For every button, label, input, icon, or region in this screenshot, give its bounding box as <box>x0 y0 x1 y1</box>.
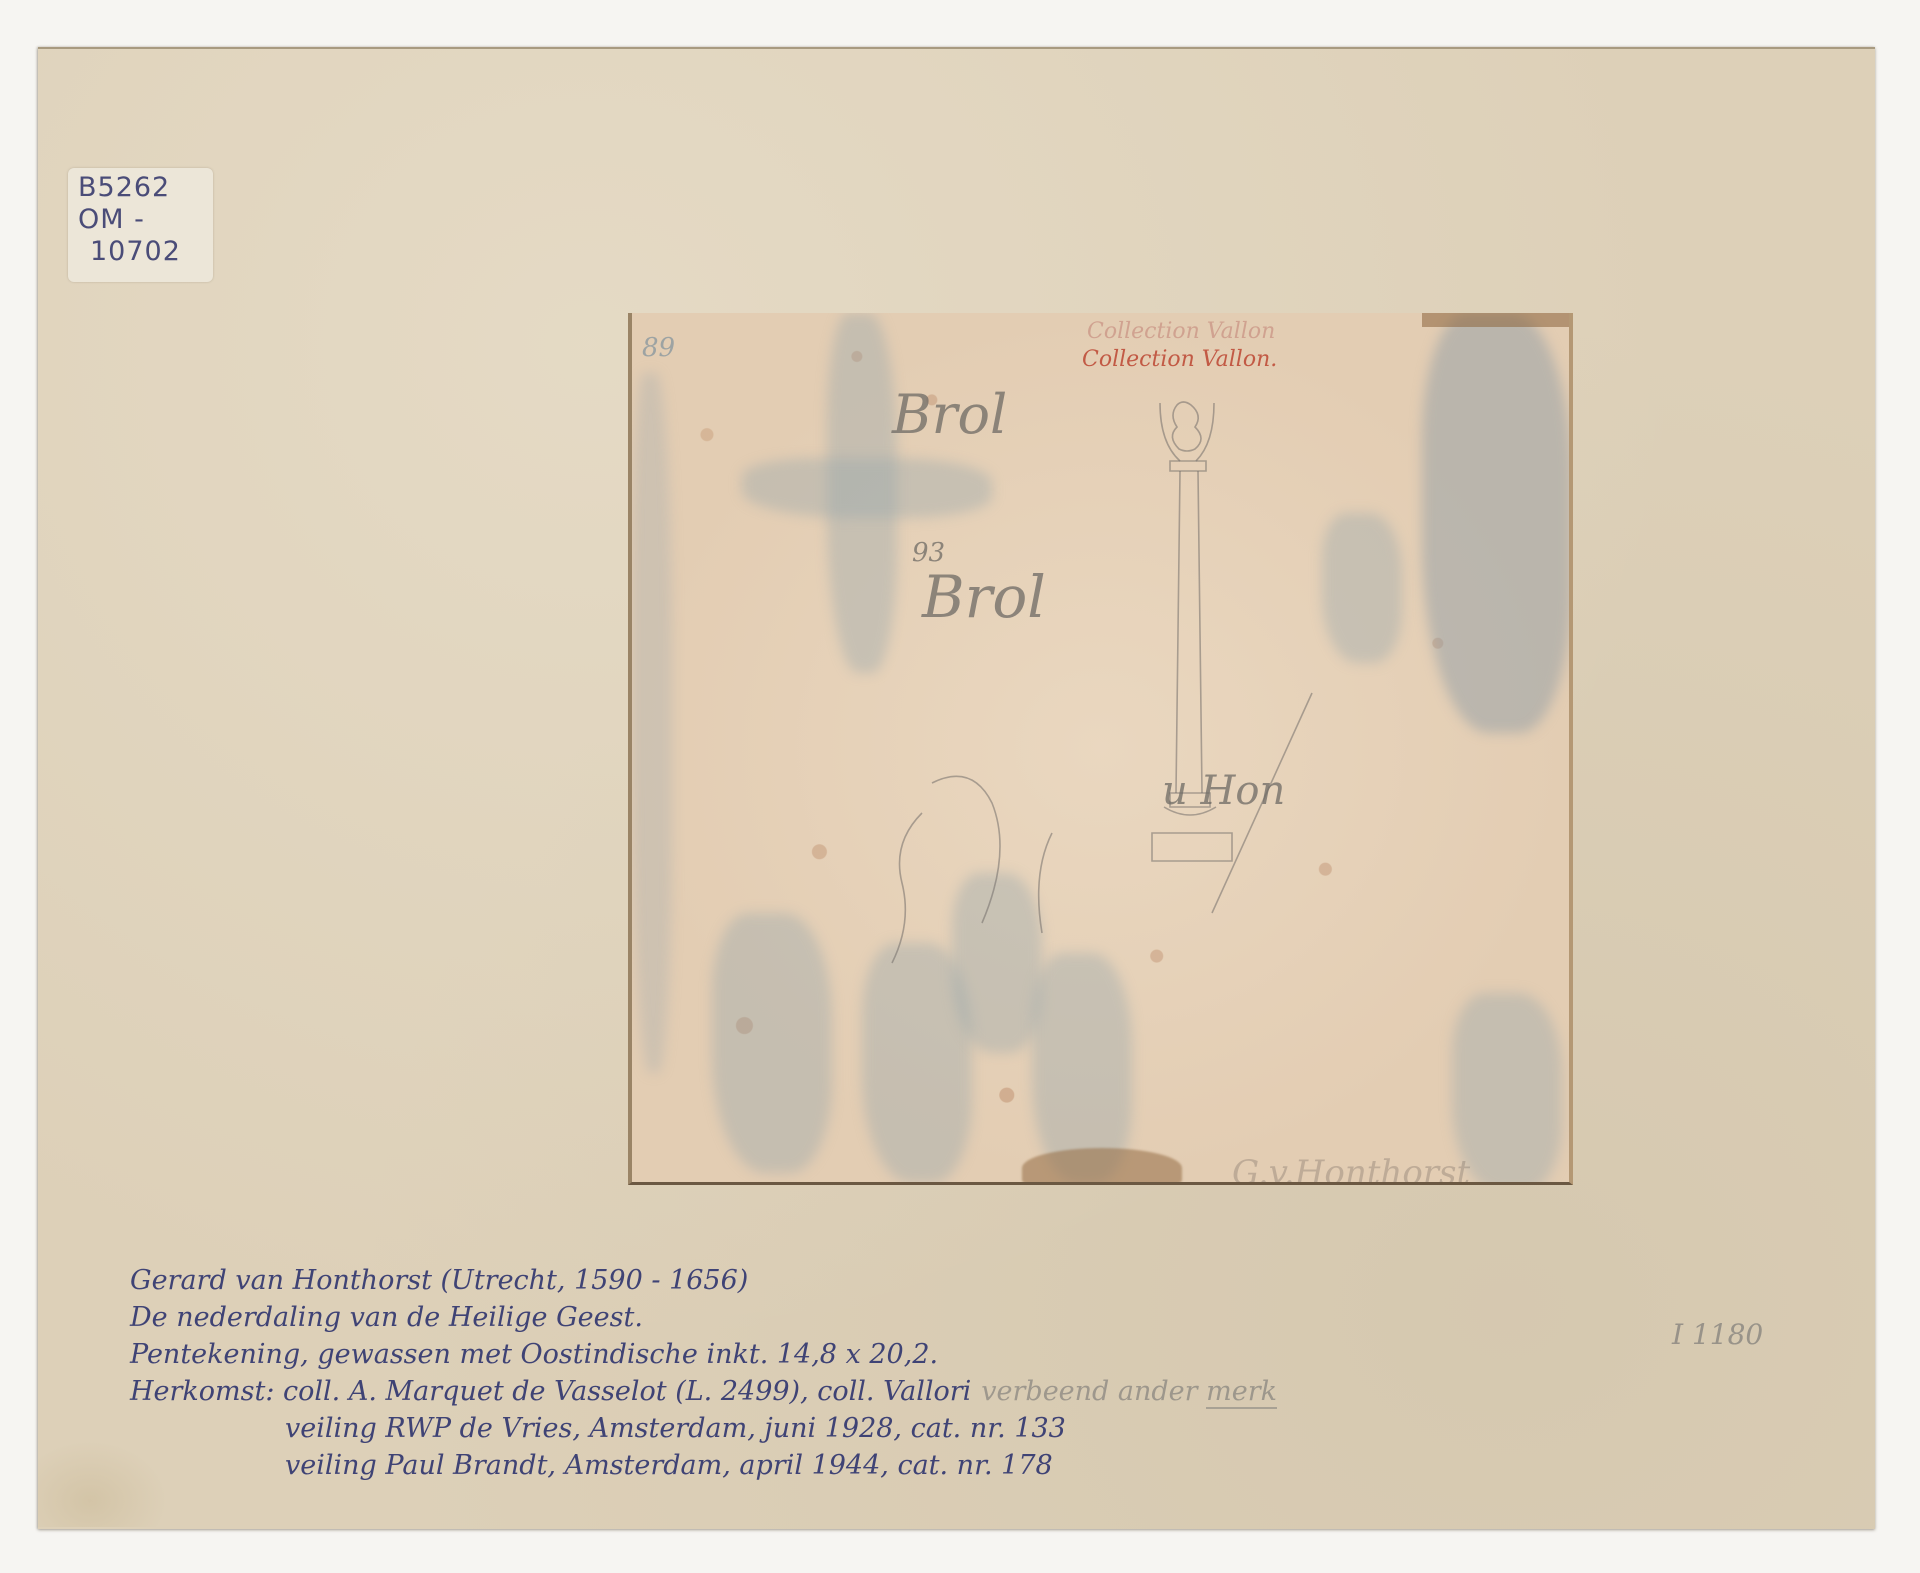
column-sketch-icon <box>632 313 1573 1185</box>
catalogue-label-line-3: 10702 <box>78 236 213 268</box>
pencil-word-1: Brol <box>892 383 1007 446</box>
pencil-addition: verbeend ander merk <box>971 1376 1277 1407</box>
red-inscription-faint: Collection Vallon <box>1087 319 1275 344</box>
red-inscription: Collection Vallon. <box>1082 347 1277 372</box>
pencil-word-2: Brol <box>922 563 1046 631</box>
annotation-provenance: Herkomst: coll. A. Marquet de Vasselot (… <box>130 1373 1277 1410</box>
provenance-annotation: Gerard van Honthorst (Utrecht, 1590 - 16… <box>130 1262 1277 1484</box>
annotation-artist: Gerard van Honthorst (Utrecht, 1590 - 16… <box>130 1262 1277 1299</box>
pencil-number-89: 89 <box>642 333 675 363</box>
pencil-addition-prefix: verbeend ander <box>981 1376 1206 1407</box>
catalogue-label-line-1: B5262 <box>78 172 213 204</box>
annotation-sale-1944: veiling Paul Brandt, Amsterdam, april 19… <box>130 1447 1277 1484</box>
annotation-provenance-text: Herkomst: coll. A. Marquet de Vasselot (… <box>130 1376 971 1407</box>
scan-stage: B5262 OM - 10702 <box>0 0 1920 1573</box>
pencil-signature-fragment: u Hon <box>1162 768 1285 814</box>
catalogue-label-line-2: OM - <box>78 204 213 236</box>
annotation-title: De nederdaling van de Heilige Geest. <box>130 1299 1277 1336</box>
drawing-sheet: 89 Collection Vallon Collection Vallon. … <box>628 313 1573 1185</box>
annotation-sale-1928: veiling RWP de Vries, Amsterdam, juni 19… <box>130 1410 1277 1447</box>
annotation-technique: Pentekening, gewassen met Oostindische i… <box>130 1336 1277 1373</box>
pencil-bottom-inscription: G.v.Honthorst <box>1232 1153 1470 1185</box>
pencil-addition-underlined: merk <box>1206 1376 1277 1409</box>
catalogue-label: B5262 OM - 10702 <box>68 168 213 282</box>
inventory-mark: I 1180 <box>1672 1318 1763 1351</box>
